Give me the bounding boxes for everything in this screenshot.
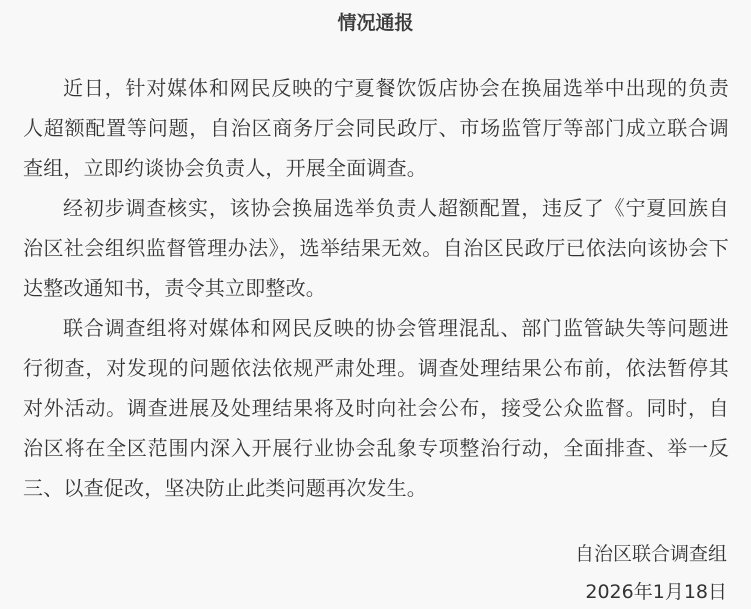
signature-organization: 自治区联合调查组 [575,541,727,567]
paragraph-1: 近日，针对媒体和网民反映的宁夏餐饮饭店协会在换届选举中出现的负责人超额配置等问题… [23,68,729,188]
paragraph-2: 经初步调查核实，该协会换届选举负责人超额配置，违反了《宁夏回族自治区社会组织监督… [23,188,729,308]
document-body: 近日，针对媒体和网民反映的宁夏餐饮饭店协会在换届选举中出现的负责人超额配置等问题… [23,68,729,508]
paragraph-3: 联合调查组将对媒体和网民反映的协会管理混乱、部门监管缺失等问题进行彻查，对发现的… [23,308,729,508]
document-title: 情况通报 [0,10,751,36]
notice-document: 情况通报 近日，针对媒体和网民反映的宁夏餐饮饭店协会在换届选举中出现的负责人超额… [0,0,751,609]
signature-date: 2026年1月18日 [585,579,727,605]
